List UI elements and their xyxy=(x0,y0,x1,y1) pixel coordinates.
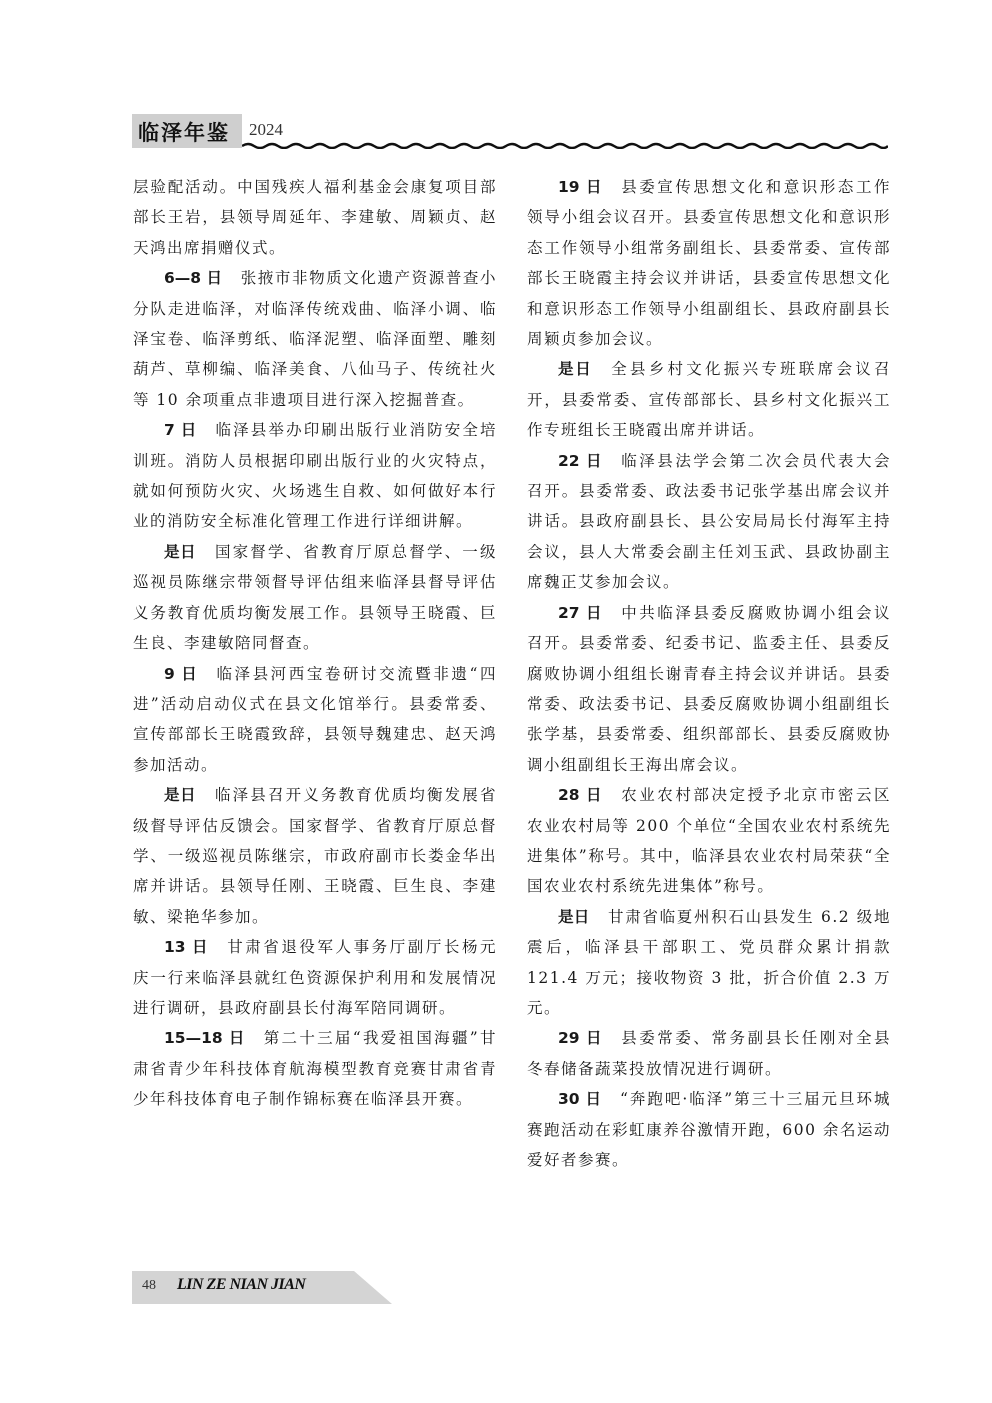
entry-date: 30 日 xyxy=(558,1090,601,1108)
entry-paragraph: 15—18 日第二十三届“我爱祖国海疆”甘肃省青少年科技体育航海模型教育竞赛甘肃… xyxy=(133,1023,497,1114)
entry-date: 7 日 xyxy=(164,421,197,439)
entry-paragraph: 6—8 日张掖市非物质文化遗产资源普查小分队走进临泽，对临泽传统戏曲、临泽小调、… xyxy=(133,263,497,415)
entry-paragraph: 是日全县乡村文化振兴专班联席会议召开，县委常委、宣传部部长、县乡村文化振兴工作专… xyxy=(527,354,891,445)
left-column: 层验配活动。中国残疾人福利基金会康复项目部部长王岩，县领导周延年、李建敏、周颖贞… xyxy=(133,172,497,1115)
entry-text: 县委宣传思想文化和意识形态工作领导小组会议召开。县委宣传思想文化和意识形态工作领… xyxy=(527,178,891,348)
entry-paragraph: 27 日中共临泽县委反腐败协调小组会议召开。县委常委、纪委书记、监委主任、县委反… xyxy=(527,598,891,780)
running-footer: 48 LIN ZE NIAN JIAN xyxy=(132,1271,392,1304)
entry-date: 22 日 xyxy=(558,452,603,470)
entry-date: 27 日 xyxy=(558,604,603,622)
entry-paragraph: 7 日临泽县举办印刷出版行业消防安全培训班。消防人员根据印刷出版行业的火灾特点，… xyxy=(133,415,497,537)
entry-date: 是日 xyxy=(164,786,196,804)
entry-paragraph: 9 日临泽县河西宝卷研讨交流暨非遗“四进”活动启动仪式在县文化馆举行。县委常委、… xyxy=(133,659,497,781)
entry-date: 19 日 xyxy=(558,178,603,196)
entry-paragraph: 30 日“奔跑吧·临泽”第三十三届元旦环城赛跑活动在彩虹康养谷激情开跑，600 … xyxy=(527,1084,891,1175)
entry-paragraph: 28 日农业农村部决定授予北京市密云区农业农村局等 200 个单位“全国农业农村… xyxy=(527,780,891,902)
entry-date: 9 日 xyxy=(164,665,198,683)
right-column: 19 日县委宣传思想文化和意识形态工作领导小组会议召开。县委宣传思想文化和意识形… xyxy=(527,172,891,1175)
entry-date: 是日 xyxy=(558,908,589,926)
footer-title: LIN ZE NIAN JIAN xyxy=(177,1276,305,1294)
entry-paragraph: 是日临泽县召开义务教育优质均衡发展省级督导评估反馈会。国家督学、省教育厅原总督学… xyxy=(133,780,497,932)
entry-paragraph: 22 日临泽县法学会第二次会员代表大会召开。县委常委、政法委书记张学基出席会议并… xyxy=(527,446,891,598)
yearbook-title: 临泽年鉴 xyxy=(138,117,230,147)
entry-paragraph: 29 日县委常委、常务副县长任刚对全县冬春储备蔬菜投放情况进行调研。 xyxy=(527,1023,891,1084)
wavy-rule-divider xyxy=(242,141,888,149)
entry-text: 临泽县召开义务教育优质均衡发展省级督导评估反馈会。国家督学、省教育厅原总督学、一… xyxy=(133,786,497,926)
entry-date: 6—8 日 xyxy=(164,269,222,287)
entry-paragraph: 13 日甘肃省退役军人事务厅副厅长杨元庆一行来临泽县就红色资源保护利用和发展情况… xyxy=(133,932,497,1023)
entry-date: 是日 xyxy=(164,543,196,561)
running-header: 临泽年鉴 2024 xyxy=(132,114,888,148)
entry-date: 是日 xyxy=(558,360,593,378)
entry-paragraph: 是日甘肃省临夏州积石山县发生 6.2 级地震后，临泽县干部职工、党员群众累计捐款… xyxy=(527,902,891,1024)
entry-text: 中共临泽县委反腐败协调小组会议召开。县委常委、纪委书记、监委主任、县委反腐败协调… xyxy=(527,604,891,774)
entry-date: 13 日 xyxy=(164,938,209,956)
entry-date: 28 日 xyxy=(558,786,603,804)
page-number: 48 xyxy=(142,1278,156,1294)
entry-text: 张掖市非物质文化遗产资源普查小分队走进临泽，对临泽传统戏曲、临泽小调、临泽宝卷、… xyxy=(133,269,497,409)
entry-text: 层验配活动。中国残疾人福利基金会康复项目部部长王岩，县领导周延年、李建敏、周颖贞… xyxy=(133,178,497,257)
header-title-box: 临泽年鉴 xyxy=(132,114,242,148)
entry-date: 15—18 日 xyxy=(164,1029,245,1047)
entry-date: 29 日 xyxy=(558,1029,603,1047)
entry-paragraph: 层验配活动。中国残疾人福利基金会康复项目部部长王岩，县领导周延年、李建敏、周颖贞… xyxy=(133,172,497,263)
entry-paragraph: 19 日县委宣传思想文化和意识形态工作领导小组会议召开。县委宣传思想文化和意识形… xyxy=(527,172,891,354)
entry-paragraph: 是日国家督学、省教育厅原总督学、一级巡视员陈继宗带领督导评估组来临泽县督导评估义… xyxy=(133,537,497,659)
entry-text: 临泽县法学会第二次会员代表大会召开。县委常委、政法委书记张学基出席会议并讲话。县… xyxy=(527,452,891,592)
yearbook-year: 2024 xyxy=(249,120,283,140)
